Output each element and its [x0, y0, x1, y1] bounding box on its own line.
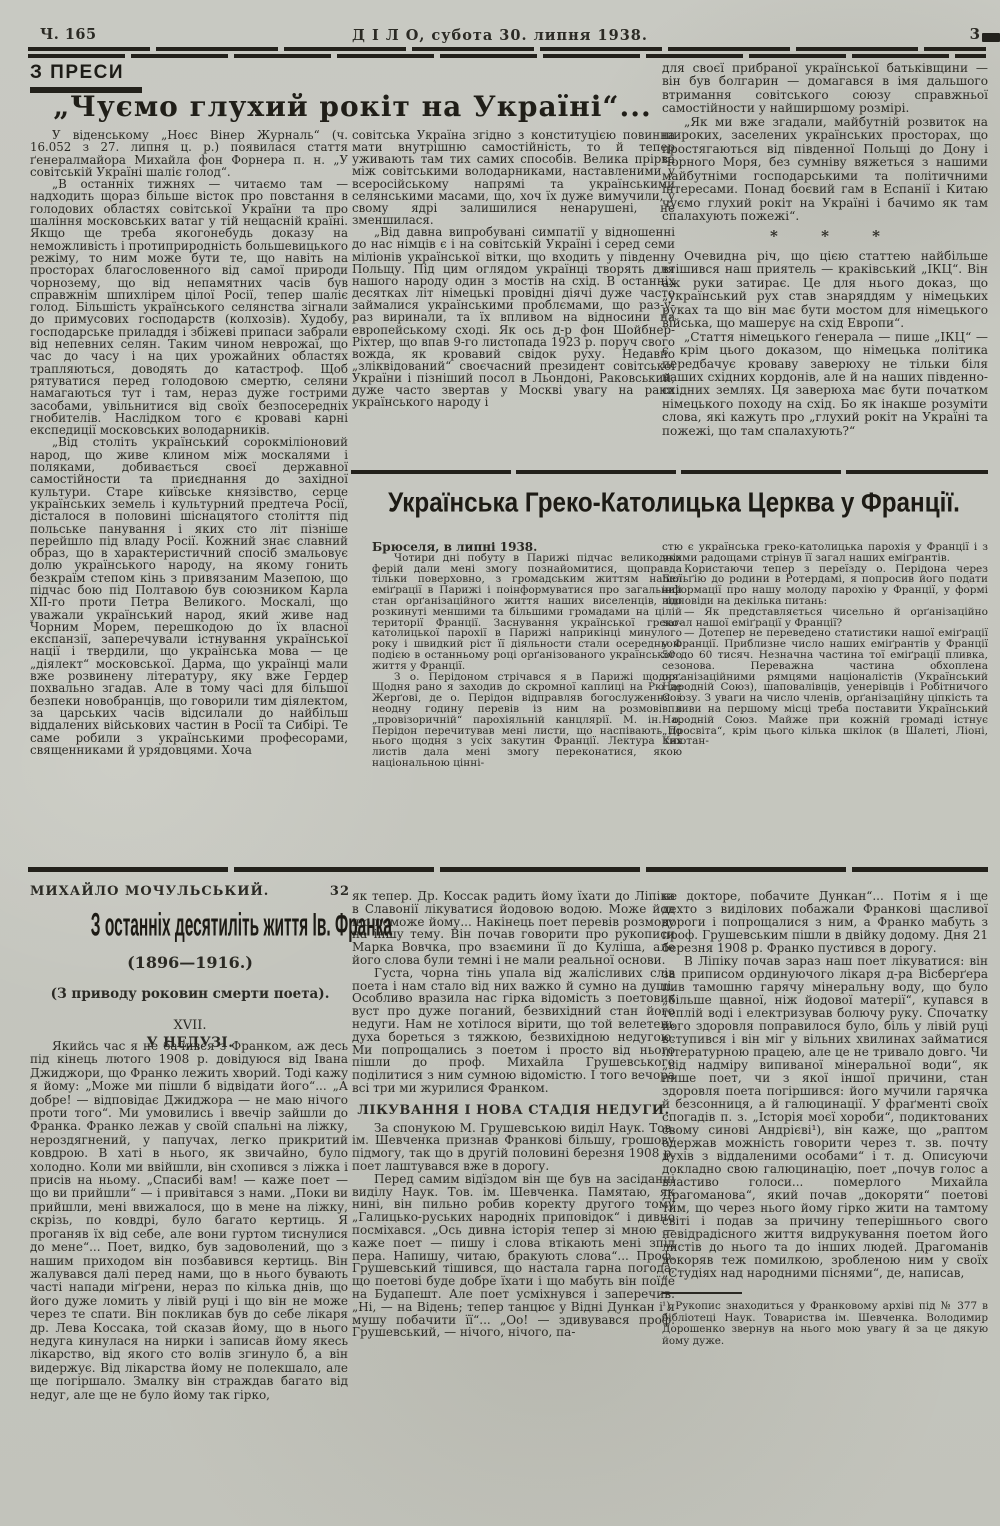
paragraph: Якийсь час я не бачився з Франком, аж де… [30, 1040, 348, 1402]
paragraph: Густа, чорна тінь упала від жалісливих с… [352, 967, 675, 1095]
section-label-z-presy: З ПРЕСИ [30, 62, 142, 93]
page-number: 3 [970, 25, 980, 43]
paragraph: Користаючи тепер з переїзду о. Перідона … [662, 564, 988, 607]
divider-rule-bottom [28, 867, 988, 872]
chapter-number: XVII. [30, 1018, 350, 1033]
installment-number: 32 [330, 884, 350, 899]
paragraph: З о. Перідоном стрічався я в Парижі щодн… [372, 672, 682, 769]
paragraph: — Як представляється чисельно й орґаніза… [662, 607, 988, 629]
church-article-headline: Українська Греко-Католицька Церква у Фра… [369, 487, 978, 519]
franko-article-header: МИХАЙЛО МОЧУЛЬСЬКИЙ. 32 З останніх десят… [30, 884, 350, 1051]
paragraph: для своєї прибраної української батьківщ… [662, 62, 988, 116]
franko-column-2-bottom: За спонукою М. Грушевською виділ Наук. Т… [352, 1122, 675, 1340]
press-column-2: совітська Україна згідно з конституцією … [352, 129, 675, 469]
article-subtitle: (З приводу роковин смерти поета). [30, 986, 350, 1002]
paragraph: „Стаття німецького ґенерала — пише „ІКЦ“… [662, 331, 988, 439]
paragraph: В Ліпіку почав зараз наш поет лікуватися… [662, 955, 988, 1280]
press-column-1: У віденському „Ноєс Вінер Журналь“ (ч. 1… [30, 129, 348, 866]
franko-column-1: Якийсь час я не бачився з Франком, аж де… [30, 1040, 348, 1490]
byline-row: МИХАЙЛО МОЧУЛЬСЬКИЙ. 32 [30, 884, 350, 899]
franko-column-3: не докторе, побачите Дункан“... Потім я … [662, 890, 988, 1518]
press-column-3: для своєї прибраної української батьківщ… [662, 62, 988, 469]
section-label-text: З ПРЕСИ [30, 62, 124, 83]
header-rule [28, 47, 986, 61]
paragraph: Очевидна річ, що цією статтею найбільше … [662, 250, 988, 331]
header-rule-bar [28, 54, 986, 58]
paragraph: Чотири дні побуту в Парижі підчас велико… [372, 553, 682, 672]
paragraph: За спонукою М. Грушевською виділ Наук. Т… [352, 1122, 675, 1173]
press-column-3-bottom: Очевидна річ, що цією статтею найбільше … [662, 250, 988, 438]
footnote-rule [662, 1292, 742, 1294]
paragraph: „Від давна випробувані симпатії у віднош… [352, 226, 675, 408]
divider-rule-middle [351, 470, 988, 474]
header-rule-bar [28, 47, 986, 51]
paragraph: Перед самим відїздом він ще був на засід… [352, 1173, 675, 1339]
franko-column-3-text: не докторе, побачите Дункан“... Потім я … [662, 890, 988, 1280]
church-column-1: Брюселя, в липні 1938. Чотири дні побуту… [372, 542, 682, 866]
church-column-2: стю є українська греко-католицька парохі… [662, 542, 988, 866]
paragraph: не докторе, побачите Дункан“... Потім я … [662, 890, 988, 955]
paragraph: „В останніх тижнях — читаємо там — надхо… [30, 178, 348, 436]
ink-smudge [982, 33, 1000, 42]
press-column-3-top: для своєї прибраної української батьківщ… [662, 62, 988, 223]
franko-column-2: як тепер. Др. Коссак радить йому їхати д… [352, 890, 675, 1498]
church-column-1-text: Чотири дні побуту в Парижі підчас велико… [372, 553, 682, 769]
newspaper-page: Ч. 165 Д І Л О, субота 30. липня 1938. 3… [0, 0, 1000, 1526]
paragraph: „Від століть український сорокміліоновий… [30, 436, 348, 756]
masthead: Д І Л О, субота 30. липня 1938. [0, 27, 1000, 44]
paragraph: „Як ми вже згадали, майбутній розвиток н… [662, 116, 988, 224]
press-article-headline: „Чуємо глухий рокіт на Україні“... [30, 90, 675, 123]
paragraph: як тепер. Др. Коссак радить йому їхати д… [352, 890, 675, 967]
author-name: МИХАЙЛО МОЧУЛЬСЬКИЙ. [30, 884, 269, 899]
footnote-text: ¹) Рукопис знаходиться у Франковому архі… [662, 1301, 988, 1347]
franko-column-2-top: як тепер. Др. Коссак радить йому їхати д… [352, 890, 675, 1095]
paragraph: У віденському „Ноєс Вінер Журналь“ (ч. 1… [30, 129, 348, 178]
footnote: ¹) Рукопис знаходиться у Франковому архі… [662, 1301, 988, 1347]
paragraph: стю є українська греко-католицька парохі… [662, 542, 988, 564]
franko-article-headline: З останніх десятиліть життя Ів. Франка [91, 907, 289, 959]
paragraph: — Дотепер не переведено статистики нашої… [662, 628, 988, 747]
paragraph: совітська Україна згідно з конституцією … [352, 129, 675, 226]
section-subhead: ЛІКУВАННЯ І НОВА СТАДІЯ НЕДУГИ. [352, 1105, 675, 1118]
asterisk-divider: * * * [662, 230, 988, 243]
